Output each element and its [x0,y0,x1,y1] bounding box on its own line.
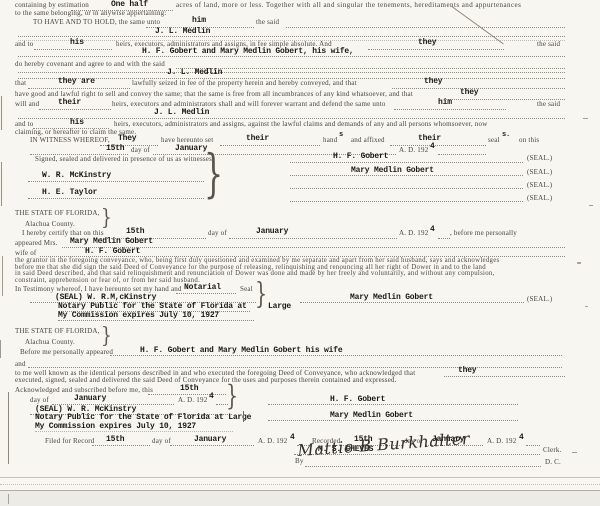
typed-they: they [458,367,476,375]
print-ad-192: A. D. 192 [399,230,428,237]
print-wife-of: wife of [15,250,36,257]
ruled-line [28,367,562,368]
typed-him: him [192,17,206,25]
typed-year: 4 [430,226,435,234]
ruled-line [170,445,254,446]
print-day-of: day of [131,147,150,154]
print-and-to: and to [15,121,34,128]
ruled-line [18,118,565,119]
print-dower-paragraph-4: constraint, apprehension or fear of, or … [15,278,200,285]
ruled-line [34,49,112,50]
ruled-line [92,445,150,446]
typed-acreage: One half [111,1,148,9]
typed-notary-title: Notary Public for the State of Florida a… [35,414,251,422]
next-page-band [0,490,600,506]
typed-they: they [460,89,478,97]
witness-signature-1: W. R. McKinstry [42,172,111,180]
ruled-line [28,88,130,89]
print-in-witness-whereof: IN WITNESS WHEREOF, [30,137,110,144]
print-warrant-defend: heirs, executors and administrators shal… [112,101,386,108]
ruled-line [300,302,524,303]
typed-notary-title-tail: Large [268,303,291,311]
print-have-and-hold: TO HAVE AND TO HOLD, the same unto [33,19,160,26]
print-hereunto-set: have hereunto set [161,137,213,144]
typed-their: their [246,135,269,143]
ruled-line [286,27,565,28]
print-before-personally: , before me personally [450,230,517,237]
notary-signature: (SEAL) W. R.M,cKinstry [55,294,156,302]
scan-speck [572,452,577,453]
grantor-signature-1: H. F. Gobert [333,153,388,161]
ruled-line [526,445,540,446]
ruled-line [18,72,565,73]
print-covenant-clause: do hereby covenant and agree to and with… [15,61,165,68]
print-that: that [15,80,26,87]
scan-edge-mark [1,96,2,130]
print-county: Alachua County. [25,221,75,228]
typed-grantee-name: J. L. Medlin [167,69,222,77]
ruled-line [148,394,226,395]
typed-filed-day: 15th [106,436,124,444]
ruled-line [229,238,397,239]
ruled-line [28,198,204,199]
print-dc-label: D. C. [545,459,561,466]
ruled-line [58,320,254,321]
typed-they-are: they are [58,78,95,86]
print-seal-label: (SEAL.) [527,195,552,202]
print-ad-192: A. D. 192 [487,438,516,445]
page-edge-noise [0,484,600,485]
typed-they: they [418,39,436,47]
typed-s-superscript: s. [502,132,510,139]
typed-s-superscript: s [339,132,343,139]
typed-grantee-name: J. L. Medlin [154,109,209,117]
typed-recorded-year: 4 [519,434,524,442]
deed-document-scan: containing by estimation One half acres … [0,0,600,506]
scan-speck [585,306,588,307]
scan-edge-mark [0,340,1,358]
witness-signature-2: H. E. Taylor [42,189,97,197]
typed-month: January [74,395,106,403]
print-the-said: the said [537,101,560,108]
scan-edge-mark [2,256,3,296]
print-filed-for-record: Filed for Record [45,438,94,445]
typed-commission-expiry: My Commission expires July 10, 1927 [58,312,219,320]
ruled-line [176,68,565,69]
print-seal-label: (SEAL.) [527,296,552,303]
scan-edge-mark [1,162,2,206]
typed-day: 15th [180,385,198,393]
ruled-line [220,145,320,146]
print-witnesses-label: Signed, sealed and delivered in presence… [35,156,214,163]
print-ad-192: A. D. 192 [178,397,207,404]
print-subscribed: Acknowledged and subscribed before me, t… [15,387,153,394]
print-appeared-mrs: appeared Mrs. [15,240,58,247]
print-and: and [15,361,26,368]
stray-bracket-mark [243,411,244,422]
print-day-of: day of [152,438,171,445]
typed-month: January [256,228,288,236]
typed-day: 15th [126,228,144,236]
print-seal-label: (SEAL.) [527,169,552,176]
print-lawful-claims: heirs, executors, administrators and ass… [114,121,487,128]
typed-appeared-name: Mary Medlin Gobert [70,238,153,246]
print-seal-label: (SEAL.) [527,182,552,189]
ruled-line [438,154,486,155]
dower-grantor-signature: Mary Medlin Gobert [350,294,433,302]
scan-edge-mark [8,494,9,504]
ack-signature-1: H. F. Gobert [330,396,385,404]
ruled-line [305,466,541,467]
typed-grantee-name: J. L. Medlin [155,28,210,36]
print-seal: seal [488,137,500,144]
ruled-line [268,404,518,405]
ruled-line [18,36,565,37]
ruled-line [290,188,523,189]
typed-month: January [175,145,207,153]
typed-filed-year: 4 [290,434,295,442]
print-belonging-clause: to the same belonging, or in anywise app… [15,10,167,17]
typed-they: They [118,135,136,143]
print-ad-192: A. D. 192 [258,438,287,445]
print-before-appeared: Before me personally appeared [20,349,113,356]
typed-notarial: Notarial [184,284,221,292]
print-day-of: day of [208,230,227,237]
typed-notary-title: Notary Public for the State of Florida a… [58,303,247,311]
ruled-line [290,162,523,163]
print-the-said: the said [256,19,279,26]
typed-his: his [70,39,84,47]
ruled-line [444,376,565,377]
print-state-heading: THE STATE OF FLORIDA, [15,210,100,217]
typed-his: his [70,119,84,127]
print-seal-label: (SEAL.) [527,155,552,162]
print-acres-clause: acres of land, more or less. Together wi… [176,2,521,9]
typed-appeared-names: H. F. Gobert and Mary Medlin Gobert his … [140,347,342,355]
print-hand: hand [323,137,337,144]
print-on-this: on this [519,137,539,144]
scan-speck [583,118,588,119]
typed-day: 15th [106,145,124,153]
state-brace: } [101,208,112,229]
typed-commission-expiry: My Commission expires July 10, 1927 [35,423,196,431]
scan-speck [589,205,593,206]
ruled-line [110,355,562,356]
typed-grantors-names: H. F. Gobert and Mary Medlin Gobert, his… [142,48,354,56]
print-county: Alachua County. [25,339,75,346]
typed-him: him [438,99,452,107]
typed-their: their [58,99,81,107]
notary-brace: } [255,281,267,310]
print-good-right-clause: have good and lawful right to sell and c… [15,91,413,98]
ruled-line [392,88,565,89]
scan-edge-mark [8,392,9,464]
ruled-line [18,56,565,57]
print-day-of: day of [30,397,49,404]
print-and-affixed: and affixed [351,137,385,144]
print-testimony-whereof: In Testimony whereof, I have hereunto se… [15,286,182,293]
ruled-line [438,238,450,239]
print-clerk-label: Clerk. [543,447,562,454]
print-ad-192: A. D. 192 [399,147,428,154]
witness-brace: } [204,150,223,201]
ruled-line [394,109,506,110]
ack-signature-2: Mary Medlin Gobert [330,412,413,420]
typed-husband-name: H. F. Gobert [85,248,140,256]
ruled-line [368,49,504,50]
typed-year: 4 [430,143,435,151]
print-lawfully-seized: lawfully seized in fee of the property h… [132,80,357,87]
print-state-heading: THE STATE OF FLORIDA, [15,328,100,335]
grantor-signature-2: Mary Medlin Gobert [351,167,434,175]
print-and-to: and to [15,41,34,48]
scan-speck [577,262,581,264]
deputy-clerk-handwritten-signature: Mattie B Burkhalter [297,431,470,459]
print-will-and: will and [15,101,39,108]
ack-brace: } [226,383,238,411]
print-certify: I hereby certify that on this [22,230,104,237]
typed-they: they [424,78,442,86]
print-containing-estimation: containing by estimation [15,2,89,9]
state-brace: } [101,326,112,347]
print-seal-word: Seal [240,286,253,293]
ruled-line [28,181,204,182]
ruled-line [290,175,523,176]
ruled-line [176,293,236,294]
ruled-line [39,109,111,110]
print-the-said: the said [537,41,560,48]
page-edge-line [0,477,600,478]
typed-filed-month: January [194,436,226,444]
print-executed-clause: executed, signed, sealed and delivered t… [15,377,397,384]
ruled-line [35,431,233,432]
ruled-line [290,201,523,202]
typed-year: 4 [209,393,214,401]
ruled-line [268,420,518,421]
